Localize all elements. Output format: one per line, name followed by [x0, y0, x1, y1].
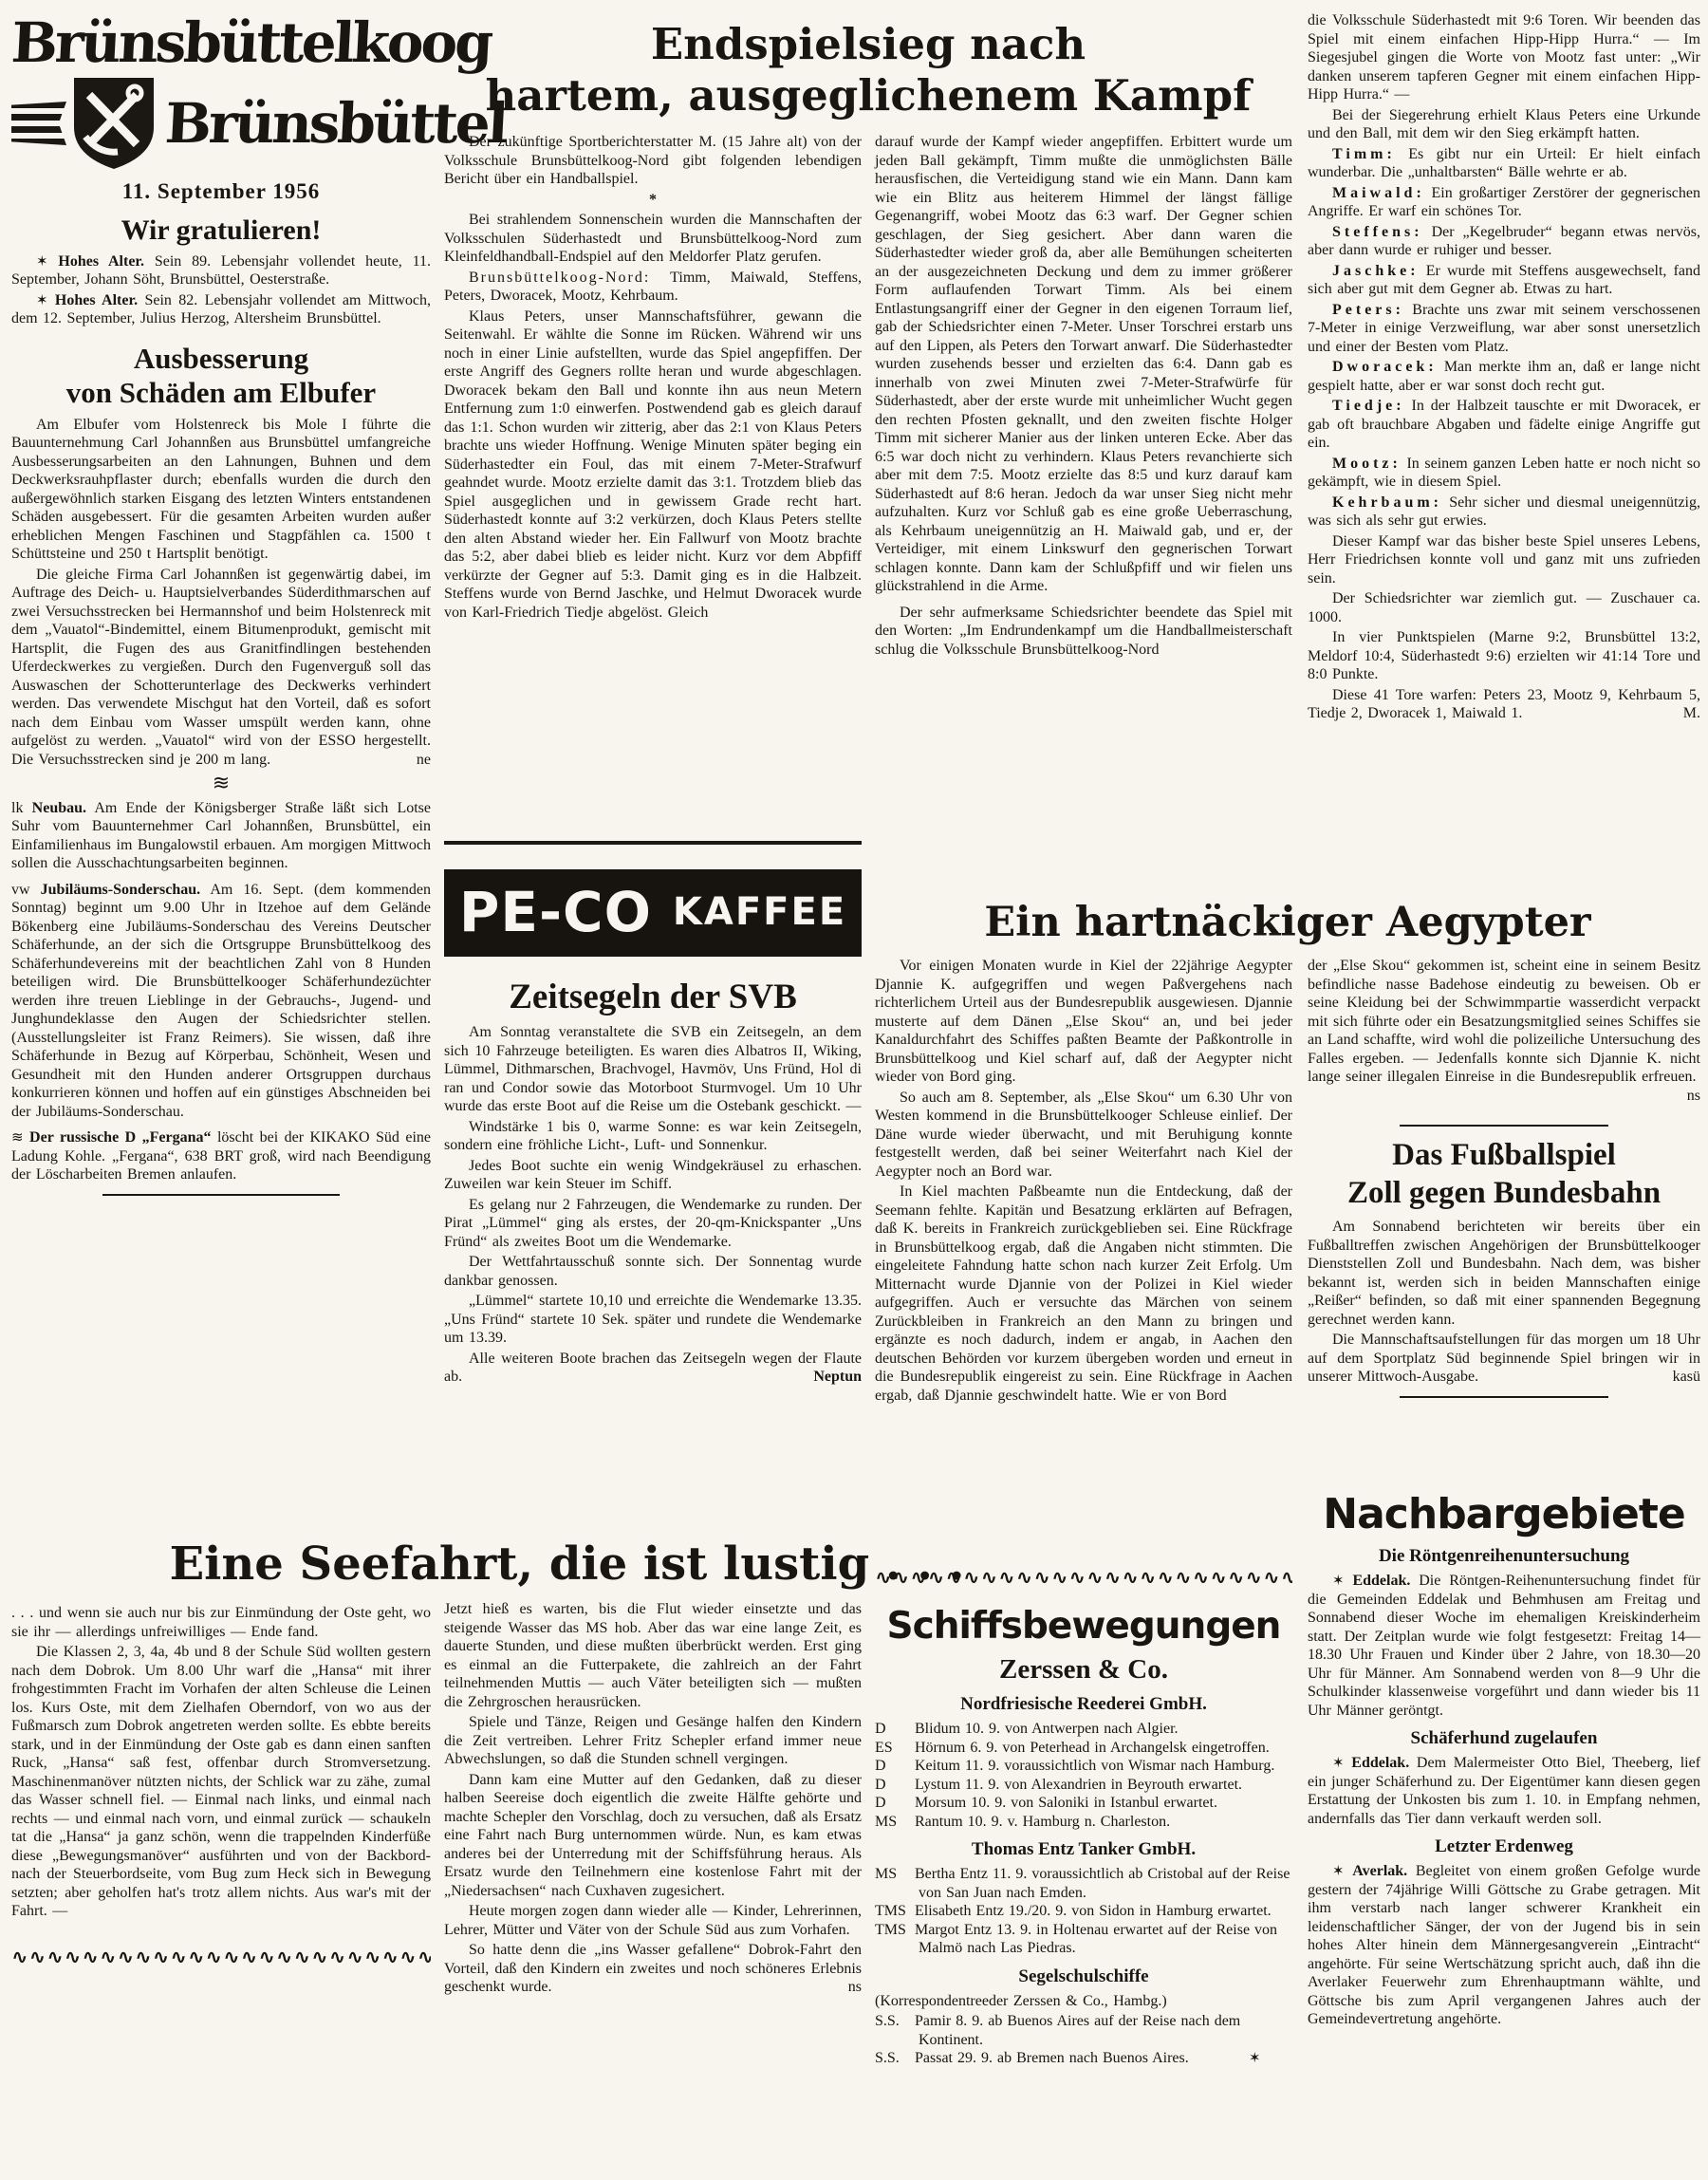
heading-line: Das Fußballspiel [1392, 1138, 1616, 1172]
star-icon: ✶ [36, 291, 48, 308]
ship-entry: DLystum 11. 9. von Alexandrien in Beyrou… [875, 1776, 1292, 1795]
brief-text: Die Röntgen-Reihenuntersuchung findet fü… [1308, 1573, 1700, 1719]
paragraph-text: Die gleiche Firma Carl Johannßen ist geg… [11, 567, 431, 768]
ship-route: Keitum 11. 9. voraussichtlich von Wismar… [915, 1758, 1274, 1774]
ship-type: S.S. [875, 2049, 915, 2068]
news-brief: vw Jubiläums-Sonderschau. Am 16. Sept. (… [11, 881, 431, 1122]
player-rating: Peters: Brachte uns zwar mit seinem vers… [1308, 301, 1700, 357]
player-name: Mootz: [1332, 456, 1402, 472]
shipping-company-name: Zerssen & Co. [875, 1653, 1292, 1686]
column-local-news: Brünsbüttelkoog Brünsbüttel 11. Septembe… [11, 15, 431, 1205]
player-rating: Steffens: Der „Kegelbruder“ begann etwas… [1308, 223, 1700, 260]
ship-route: Elisabeth Entz 19./20. 9. von Sidon in H… [915, 1903, 1272, 1919]
sailing-article: Zeitsegeln der SVB Am Sonntag veranstalt… [444, 978, 862, 1388]
fleet-note: (Korrespondentreeder Zerssen & Co., Hamb… [875, 1992, 1292, 2011]
player-name: Kehrbaum: [1332, 494, 1442, 511]
place-lead: Eddelak. [1352, 1573, 1410, 1589]
ship-entry: DKeitum 11. 9. voraussichtlich von Wisma… [875, 1757, 1292, 1776]
section-divider [1400, 1125, 1608, 1127]
aegypter-article-col2: der „Else Skou“ gekommen ist, scheint ei… [1308, 957, 1700, 1105]
wave-divider: ∿∿∿∿∿∿∿∿∿∿∿∿∿∿∿∿∿∿∿∿∿∿∿∿∿∿∿∿∿∿∿∿∿∿∿∿ [11, 1946, 431, 1968]
news-subheading: Letzter Erdenweg [1308, 1835, 1700, 1858]
aegypter-article-headline: Ein hartnäckiger Aegypter [875, 900, 1700, 945]
ship-route: Blidum 10. 9. von Antwerpen nach Algier. [915, 1721, 1179, 1737]
article-paragraph: „Lümmel“ startete 10,10 und erreichte di… [444, 1292, 862, 1348]
ship-type: MS [875, 1813, 915, 1832]
player-rating: Jaschke: Er wurde mit Steffens ausgewech… [1308, 262, 1700, 299]
headline-line: Endspielsieg nach [651, 19, 1086, 69]
congratulations-item: ✶ Hohes Alter. Sein 89. Lebensjahr volle… [11, 252, 431, 289]
player-rating: Maiwald: Ein großartiger Zerstörer der g… [1308, 184, 1700, 221]
article-paragraph: Am Elbufer vom Holstenreck bis Mole I fü… [11, 416, 431, 564]
headline-line: Ein hartnäckiger Aegypter [875, 900, 1700, 945]
handball-article-col2: darauf wurde der Kampf wieder angepfiffe… [875, 133, 1292, 661]
seefahrt-article-col2: Jetzt hieß es warten, bis die Flut wiede… [444, 1600, 862, 1999]
aegypter-article-col1: Vor einigen Monaten wurde in Kiel der 22… [875, 957, 1292, 1407]
city-crest-icon [68, 74, 159, 173]
brief-lead: Der russische D „Fergana“ [29, 1129, 211, 1146]
player-rating: Dworacek: Man merkte ihm an, daß er lang… [1308, 358, 1700, 395]
author-sign: Neptun [779, 1368, 862, 1387]
brief-text: Am 16. Sept. (dem kommenden Sonntag) beg… [11, 882, 431, 1120]
place-lead: Averlak. [1352, 1863, 1407, 1879]
neighboring-areas-section: Nachbargebiete Die Röntgenreihenuntersuc… [1308, 1492, 1700, 2031]
peco-coffee-ad: PE-CO KAFFEE [444, 837, 862, 957]
correspondent-sign: ns [1678, 1087, 1700, 1106]
heading-line: Zoll gegen Bundesbahn [1347, 1176, 1661, 1210]
fleet-subheading: Thomas Entz Tanker GmbH. [875, 1838, 1292, 1861]
news-brief: ✶ Eddelak. Dem Malermeister Otto Biel, T… [1308, 1754, 1700, 1828]
article-paragraph: Vor einigen Monaten wurde in Kiel der 22… [875, 957, 1292, 1087]
item-lead: Hohes Alter. [58, 253, 144, 270]
article-paragraph: Am Sonntag veranstaltete die SVB ein Zei… [444, 1023, 862, 1116]
ship-type: MS [875, 1865, 915, 1884]
news-brief: lk Neubau. Am Ende der Königsberger Stra… [11, 799, 431, 873]
article-paragraph: darauf wurde der Kampf wieder angepfiffe… [875, 133, 1292, 596]
news-subheading: Schäferhund zugelaufen [1308, 1727, 1700, 1750]
article-paragraph: Der Wettfahrtausschuß sonnte sich. Der S… [444, 1253, 862, 1290]
correspondent-sign: kasü [1639, 1368, 1700, 1387]
news-brief: ≋ Der russische D „Fergana“ löscht bei d… [11, 1128, 431, 1184]
brief-lead: Jubiläums-Sonderschau. [41, 882, 201, 898]
ship-entry: S.S.Pamir 8. 9. ab Buenos Aires auf der … [875, 2012, 1292, 2049]
handball-article-headline: Endspielsieg nach hartem, ausgeglichenem… [444, 19, 1292, 121]
article-paragraph: Die Klassen 2, 3, 4a, 4b und 8 der Schul… [11, 1643, 431, 1921]
article-paragraph: Klaus Peters, unser Mannschaftsführer, g… [444, 307, 862, 623]
ship-type: TMS [875, 1921, 915, 1940]
player-name: Timm: [1332, 146, 1396, 162]
article-paragraph: Der sehr aufmerksame Schiedsrichter been… [875, 604, 1292, 660]
correspondent-sign: ns [814, 1978, 862, 1997]
brief-lead: Neubau. [32, 800, 86, 816]
paragraph-text: der „Else Skou“ gekommen ist, scheint ei… [1308, 958, 1700, 1085]
section-divider [102, 1194, 340, 1196]
issue-date: 11. September 1956 [11, 182, 431, 201]
ship-route: Passat 29. 9. ab Bremen nach Buenos Aire… [915, 2050, 1189, 2066]
article-paragraph: Heute morgen zogen dann wieder alle — Ki… [444, 1902, 862, 1939]
article-paragraph: In vier Punktspielen (Marne 9:2, Brunsbü… [1308, 628, 1700, 684]
article-paragraph: der „Else Skou“ gekommen ist, scheint ei… [1308, 957, 1700, 1087]
news-brief: ✶ Averlak. Begleitet von einem großen Ge… [1308, 1862, 1700, 2029]
star-icon: ✶ [1332, 1572, 1345, 1589]
seefahrt-article-col1: . . . und wenn sie auch nur bis zur Einm… [11, 1604, 431, 1972]
ship-route: Hörnum 6. 9. von Peterhead in Archangels… [915, 1740, 1270, 1756]
article-paragraph: So hatte denn die „ins Wasser gefallene“… [444, 1941, 862, 1997]
article-paragraph: Spiele und Tänze, Reigen und Gesänge hal… [444, 1713, 862, 1769]
star-icon: ✶ [1332, 1754, 1345, 1771]
peco-ad-box: PE-CO KAFFEE [444, 869, 862, 957]
correspondent-sign: ne [382, 751, 431, 770]
ship-entry: TMSElisabeth Entz 19./20. 9. von Sidon i… [875, 1902, 1292, 1921]
article-paragraph: Jedes Boot suchte ein wenig Windgekräuse… [444, 1157, 862, 1194]
ship-type: D [875, 1794, 915, 1813]
football-article-heading: Das Fußballspiel Zoll gegen Bundesbahn [1308, 1136, 1700, 1212]
football-article: Das Fußballspiel Zoll gegen Bundesbahn A… [1308, 1115, 1700, 1407]
player-name: Jaschke: [1332, 263, 1420, 279]
congratulations-item: ✶ Hohes Alter. Sein 82. Lebensjahr volle… [11, 291, 431, 328]
ship-route: Margot Entz 13. 9. in Holtenau erwartet … [915, 1922, 1277, 1957]
neighboring-areas-heading: Nachbargebiete [1308, 1492, 1700, 1537]
elbufer-article-heading: Ausbesserung von Schäden am Elbufer [11, 342, 431, 410]
ad-top-rule [444, 841, 862, 845]
article-paragraph: Bei strahlendem Sonnenschein wurden die … [444, 211, 862, 267]
handball-article-col1: Der zukünftige Sportberichterstatter M. … [444, 133, 862, 624]
news-subheading: Die Röntgenreihenuntersuchung [1308, 1545, 1700, 1568]
player-name: Tiedje: [1332, 398, 1405, 414]
wave-mark-icon: ≋ [11, 1128, 24, 1146]
ship-entry: ESHörnum 6. 9. von Peterhead in Archange… [875, 1739, 1292, 1758]
player-rating: Mootz: In seinem ganzen Leben hatte er n… [1308, 455, 1700, 492]
congratulations-heading: Wir gratulieren! [11, 214, 431, 247]
masthead-ribbon-decoration [11, 102, 66, 145]
ship-route: Morsum 10. 9. von Saloniki in Istanbul e… [915, 1795, 1217, 1811]
fleet-subheading: Segelschulschiffe [875, 1966, 1292, 1988]
masthead: Brünsbüttelkoog Brünsbüttel 11. Septembe… [11, 15, 431, 201]
ship-entry: MSRantum 10. 9. v. Hamburg n. Charleston… [875, 1813, 1292, 1832]
ship-entry: S.S.Passat 29. 9. ab Bremen nach Buenos … [875, 2049, 1292, 2068]
masthead-title-line1: Brünsbüttelkoog [9, 15, 432, 70]
star-icon: ✶ [1332, 1862, 1345, 1879]
article-paragraph: Der zukünftige Sportberichterstatter M. … [444, 133, 862, 189]
player-name: Steffens: [1332, 224, 1423, 240]
item-lead: Hohes Alter. [55, 292, 138, 308]
news-brief: ✶ Eddelak. Die Röntgen-Reihenuntersuchun… [1308, 1572, 1700, 1720]
brief-text: Begleitet von einem großen Gefolge wurde… [1308, 1863, 1700, 2027]
wave-divider: ∿∿∿∿∿∿∿∿∿∿∿∿∿∿∿∿∿∿∿∿∿∿∿∿∿∿∿∿∿∿∿∿∿∿∿∿ [875, 1566, 1292, 1589]
ship-route: Lystum 11. 9. von Alexandrien in Beyrout… [915, 1777, 1242, 1793]
ship-type: ES [875, 1739, 915, 1758]
paragraph-text: So hatte denn die „ins Wasser gefallene“… [444, 1942, 862, 1995]
ship-type: S.S. [875, 2012, 915, 2031]
squiggle-divider: ≋ [11, 774, 431, 793]
star-icon: ✶ [1283, 2049, 1292, 2068]
brief-mark: lk [11, 800, 23, 816]
handball-article-col3: die Volksschule Süderhastedt mit 9:6 Tor… [1308, 11, 1700, 725]
star-icon: ✶ [36, 252, 48, 270]
article-paragraph: Die Mannschaftsaufstellungen für das mor… [1308, 1331, 1700, 1387]
article-paragraph: Diese 41 Tore warfen: Peters 23, Mootz 9… [1308, 686, 1700, 723]
article-paragraph: . . . und wenn sie auch nur bis zur Einm… [11, 1604, 431, 1641]
article-paragraph: So auch am 8. September, als „Else Skou“… [875, 1089, 1292, 1182]
article-paragraph: Jetzt hieß es warten, bis die Flut wiede… [444, 1600, 862, 1711]
article-paragraph: Es gelang nur 2 Fahrzeugen, die Wendemar… [444, 1196, 862, 1252]
article-paragraph: die Volksschule Süderhastedt mit 9:6 Tor… [1308, 11, 1700, 104]
ship-type: TMS [875, 1902, 915, 1921]
ship-entry: DMorsum 10. 9. von Saloniki in Istanbul … [875, 1794, 1292, 1813]
article-paragraph: Die gleiche Firma Carl Johannßen ist geg… [11, 566, 431, 770]
peco-brand-name: PE-CO [459, 904, 652, 922]
paragraph-text: Diese 41 Tore warfen: Peters 23, Mootz 9… [1308, 687, 1700, 722]
ship-movements-heading: Schiffsbewegungen [875, 1606, 1292, 1648]
fleet-subheading: Nordfriesische Reederei GmbH. [875, 1693, 1292, 1716]
place-lead: Eddelak. [1351, 1755, 1409, 1771]
ship-movements-section: ∿∿∿∿∿∿∿∿∿∿∿∿∿∿∿∿∿∿∿∿∿∿∿∿∿∿∿∿∿∿∿∿∿∿∿∿ Sch… [875, 1562, 1292, 2068]
headline-line: hartem, ausgeglichenem Kampf [486, 70, 1252, 121]
ship-type: D [875, 1757, 915, 1776]
ship-route: Rantum 10. 9. v. Hamburg n. Charleston. [915, 1814, 1170, 1830]
brief-mark: vw [11, 882, 30, 898]
player-rating: Timm: Es gibt nur ein Urteil: Er hielt e… [1308, 145, 1700, 182]
author-sign: M. [1649, 704, 1700, 723]
article-paragraph: Bei der Siegerehrung erhielt Klaus Peter… [1308, 106, 1700, 143]
article-paragraph: Dieser Kampf war das bisher beste Spiel … [1308, 532, 1700, 588]
article-paragraph: Brunsbüttelkoog-Nord: Timm, Maiwald, Ste… [444, 269, 862, 306]
ship-entry: TMSMargot Entz 13. 9. in Holtenau erwart… [875, 1921, 1292, 1958]
article-paragraph: Der Schiedsrichter war ziemlich gut. — Z… [1308, 589, 1700, 626]
article-paragraph: Dann kam eine Mutter auf den Gedanken, d… [444, 1771, 862, 1901]
newspaper-page: { "page": {"bg": "#f7f5ee", "ink": "#191… [0, 0, 1708, 2180]
ship-route: Bertha Entz 11. 9. voraussichtlich ab Cr… [915, 1866, 1290, 1901]
team-name: Brunsbüttelkoog-Nord: [469, 270, 650, 286]
ship-route: Pamir 8. 9. ab Buenos Aires auf der Reis… [915, 2013, 1240, 2048]
asterisk-separator: * [444, 191, 862, 210]
peco-product-name: KAFFEE [673, 904, 846, 922]
article-paragraph: In Kiel machten Paßbeamte nun die Entdec… [875, 1183, 1292, 1405]
ship-entry: MSBertha Entz 11. 9. voraussichtlich ab … [875, 1865, 1292, 1902]
player-name: Maiwald: [1332, 185, 1425, 201]
section-divider [1400, 1396, 1608, 1398]
player-rating: Tiedje: In der Halbzeit tauschte er mit … [1308, 397, 1700, 453]
player-name: Peters: [1332, 302, 1404, 318]
article-paragraph: Alle weiteren Boote brachen das Zeitsege… [444, 1350, 862, 1387]
player-name: Dworacek: [1332, 359, 1438, 375]
heading-line: Ausbesserung [134, 342, 308, 375]
ship-type: D [875, 1720, 915, 1739]
article-paragraph: Windstärke 1 bis 0, warme Sonne: es war … [444, 1118, 862, 1155]
ship-type: D [875, 1776, 915, 1795]
article-paragraph: Am Sonnabend berichteten wir bereits übe… [1308, 1218, 1700, 1329]
sailing-article-heading: Zeitsegeln der SVB [444, 978, 862, 1017]
ship-entry: DBlidum 10. 9. von Antwerpen nach Algier… [875, 1720, 1292, 1739]
heading-line: von Schäden am Elbufer [66, 376, 376, 409]
player-rating: Kehrbaum: Sehr sicher und diesmal uneige… [1308, 494, 1700, 531]
